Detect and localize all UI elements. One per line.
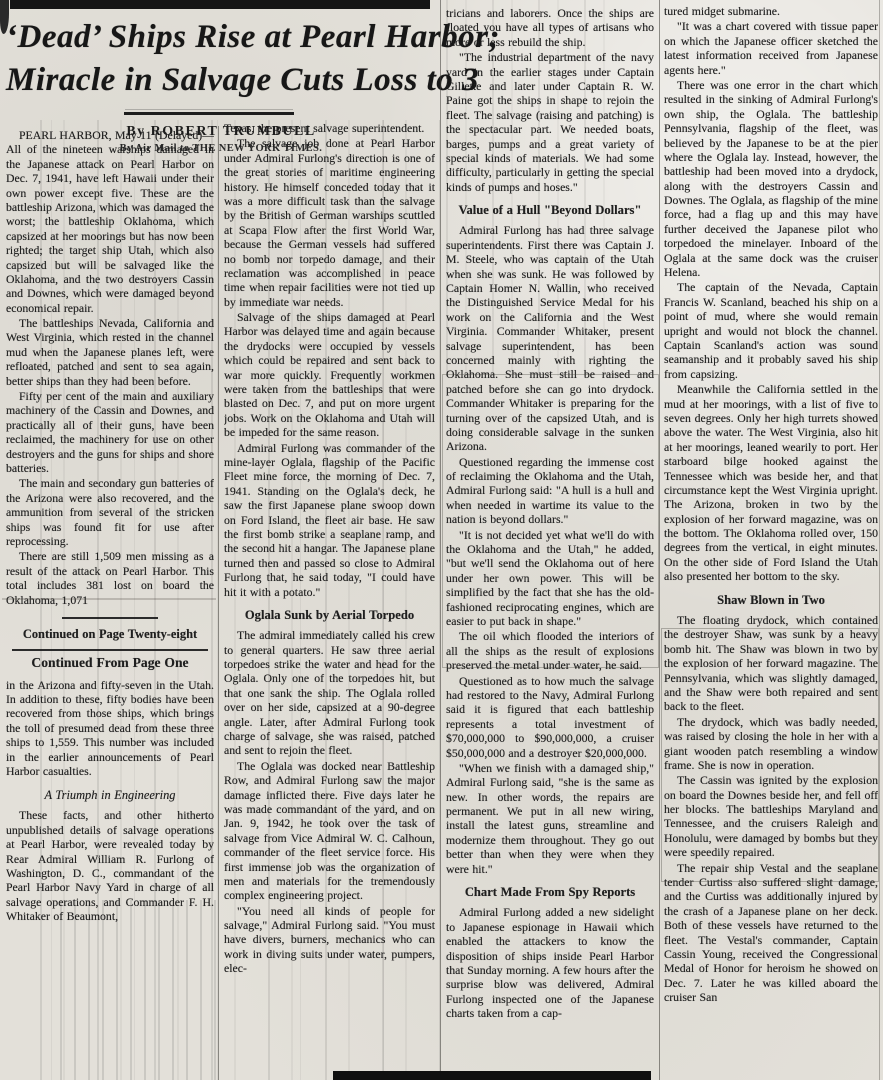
top-rule: [10, 0, 430, 9]
article-paragraph: "The industrial department of the navy y…: [446, 50, 654, 194]
clipping-seam: [661, 628, 879, 882]
newspaper-clipping: ‘Dead’ Ships Rise at Pearl Harbor; Mirac…: [0, 0, 883, 1080]
article-paragraph: tured midget submarine.: [664, 4, 878, 18]
next-article-rule: [333, 1071, 651, 1080]
article-paragraph: These facts, and other hitherto unpublis…: [6, 808, 214, 923]
article-paragraph: "You need all kinds of people for salvag…: [224, 904, 435, 976]
section-subhead: A Triumph in Engineering: [6, 788, 214, 803]
article-column-4: tured midget submarine."It was a chart c…: [664, 4, 878, 1080]
column-divider: [440, 0, 441, 1080]
article-paragraph: The battleships Nevada, California and W…: [6, 316, 214, 388]
section-subhead: Oglala Sunk by Aerial Torpedo: [224, 608, 435, 623]
article-paragraph: The repair ship Vestal and the seaplane …: [664, 861, 878, 1005]
section-subhead: Chart Made From Spy Reports: [446, 885, 654, 900]
article-paragraph: Fifty per cent of the main and auxiliary…: [6, 389, 214, 475]
article-paragraph: The salvage job done at Pearl Harbor und…: [224, 136, 435, 309]
section-subhead: Shaw Blown in Two: [664, 593, 878, 608]
article-paragraph: The main and secondary gun batteries of …: [6, 476, 214, 548]
article-paragraph: PEARL HARBOR, May 11 (Delayed)—All of th…: [6, 128, 214, 315]
article-paragraph: Admiral Furlong was commander of the min…: [224, 441, 435, 599]
headline-line-1: ‘Dead’ Ships Rise at Pearl Harbor;: [6, 16, 436, 59]
section-subhead: Value of a Hull "Beyond Dollars": [446, 203, 654, 218]
clipping-seam: [442, 374, 659, 668]
article-paragraph: Questioned as to how much the salvage ha…: [446, 674, 654, 760]
article-paragraph: There was one error in the chart which r…: [664, 78, 878, 279]
continuation-notice: Continued From Page One: [12, 649, 208, 672]
article-column-2: Texas, the present salvage superintenden…: [224, 121, 435, 1080]
article-column-1: PEARL HARBOR, May 11 (Delayed)—All of th…: [6, 128, 214, 1080]
article-paragraph: The Oglala was docked near Battleship Ro…: [224, 759, 435, 903]
article-paragraph: tricians and laborers. Once the ships ar…: [446, 6, 654, 49]
column-divider: [659, 0, 660, 1080]
headline-rule: [124, 112, 294, 115]
article-paragraph: Admiral Furlong added a new sidelight to…: [446, 905, 654, 1020]
clipping-edge: [879, 0, 880, 1080]
article-paragraph: The captain of the Nevada, Captain Franc…: [664, 280, 878, 381]
clipping-seam: [2, 598, 216, 600]
article-paragraph: in the Arizona and fifty-seven in the Ut…: [6, 678, 214, 779]
article-paragraph: Salvage of the ships damaged at Pearl Ha…: [224, 310, 435, 440]
article-paragraph: Texas, the present salvage superintenden…: [224, 121, 435, 135]
column-divider: [218, 126, 219, 1080]
article-paragraph: "It was a chart covered with tissue pape…: [664, 19, 878, 77]
headline-line-2: Miracle in Salvage Cuts Loss to 3: [6, 59, 436, 102]
article-paragraph: The admiral immediately called his crew …: [224, 628, 435, 758]
continuation-notice: Continued on Page Twenty-eight: [6, 617, 214, 642]
article-paragraph: "When we finish with a damaged ship," Ad…: [446, 761, 654, 876]
article-paragraph: Meanwhile the California settled in the …: [664, 382, 878, 583]
